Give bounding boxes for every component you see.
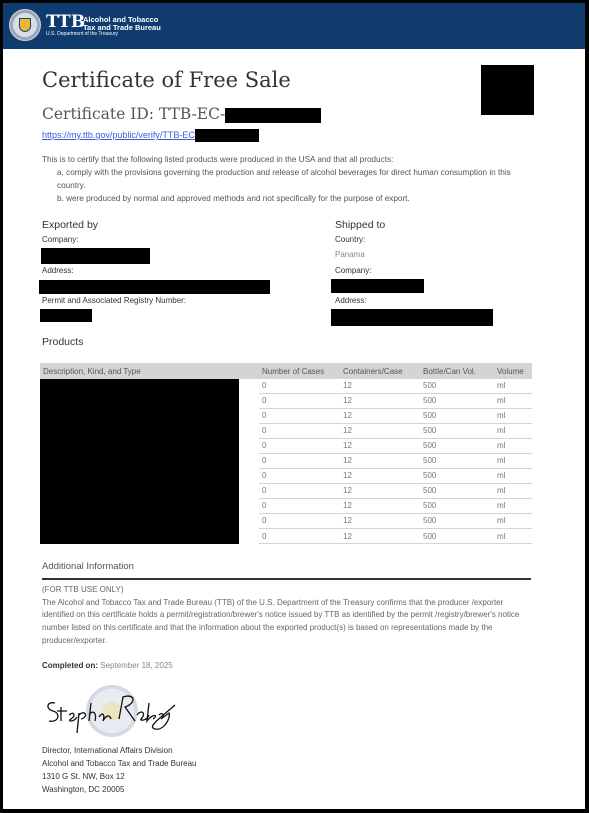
certification-lead: This is to certify that the following li…	[42, 153, 532, 166]
cell-volume-unit: ml	[494, 438, 532, 453]
agency-name: Alcohol and Tobacco Tax and Trade Bureau	[83, 16, 161, 32]
certificate-id: Certificate ID: TTB-EC-	[42, 105, 321, 123]
verify-url-text[interactable]: https://my.ttb.gov/public/verify/TTB-EC	[42, 130, 195, 140]
product-descriptions-redacted	[40, 379, 259, 544]
col-number-of-cases: Number of Cases	[259, 363, 340, 379]
certificate-id-label: Certificate ID: TTB-EC-	[42, 105, 225, 123]
shipped-to-heading: Shipped to	[335, 219, 385, 231]
cell-containers-per-case: 12	[340, 423, 420, 438]
permit-number-label: Permit and Associated Registry Number:	[42, 296, 186, 305]
col-containers-per-case: Containers/Case	[340, 363, 420, 379]
certification-item-a: a. comply with the provisions governing …	[42, 166, 532, 192]
cell-number-of-cases: 0	[259, 393, 340, 408]
verify-url-redacted	[195, 129, 259, 142]
col-volume-unit: Volume	[494, 363, 532, 379]
cell-volume-unit: ml	[494, 379, 532, 393]
signer-organization: Alcohol and Tobacco Tax and Trade Bureau	[42, 757, 196, 770]
certificate-page: TTB Alcohol and Tobacco Tax and Trade Bu…	[3, 3, 585, 809]
products-body: 012500ml012500ml012500ml012500ml012500ml…	[40, 379, 532, 544]
cell-bottle-vol: 500	[420, 453, 494, 468]
table-row: 012500ml	[40, 379, 532, 393]
cell-volume-unit: ml	[494, 408, 532, 423]
cell-volume-unit: ml	[494, 423, 532, 438]
cell-volume-unit: ml	[494, 498, 532, 513]
signer-title: Director, International Affairs Division	[42, 744, 196, 757]
cell-bottle-vol: 500	[420, 438, 494, 453]
exporter-address-redacted	[39, 280, 270, 294]
cell-containers-per-case: 12	[340, 498, 420, 513]
cell-containers-per-case: 12	[340, 408, 420, 423]
additional-info-divider	[42, 578, 531, 580]
cell-bottle-vol: 500	[420, 483, 494, 498]
verify-link[interactable]: https://my.ttb.gov/public/verify/TTB-EC	[42, 129, 259, 142]
certification-statement: This is to certify that the following li…	[42, 153, 532, 205]
consignee-company-label: Company:	[335, 266, 371, 275]
col-description: Description, Kind, and Type	[40, 363, 259, 379]
department-name: U.S. Department of the Treasury	[46, 31, 118, 37]
director-signature	[43, 689, 178, 737]
certificate-id-redacted	[225, 108, 321, 123]
cell-containers-per-case: 12	[340, 468, 420, 483]
additional-info-heading: Additional Information	[42, 561, 134, 572]
cell-bottle-vol: 500	[420, 423, 494, 438]
exporter-company-redacted	[41, 248, 150, 264]
destination-country-value: Panama	[335, 250, 365, 259]
cell-number-of-cases: 0	[259, 513, 340, 528]
agency-banner: TTB Alcohol and Tobacco Tax and Trade Bu…	[3, 3, 585, 49]
agency-abbrev: TTB	[46, 12, 85, 32]
destination-country-label: Country:	[335, 235, 365, 244]
signer-address-line2: Washington, DC 20005	[42, 783, 196, 796]
cell-containers-per-case: 12	[340, 393, 420, 408]
cell-number-of-cases: 0	[259, 408, 340, 423]
completed-on-date: September 18, 2025	[100, 661, 173, 670]
cell-number-of-cases: 0	[259, 498, 340, 513]
permit-number-redacted	[40, 309, 92, 322]
cell-number-of-cases: 0	[259, 528, 340, 543]
cell-volume-unit: ml	[494, 468, 532, 483]
certification-item-b: b. were produced by normal and approved …	[42, 192, 532, 205]
col-bottle-vol: Bottle/Can Vol.	[420, 363, 494, 379]
cell-bottle-vol: 500	[420, 468, 494, 483]
signer-address-line1: 1310 G St. NW, Box 12	[42, 770, 196, 783]
cell-volume-unit: ml	[494, 453, 532, 468]
cell-containers-per-case: 12	[340, 513, 420, 528]
cell-number-of-cases: 0	[259, 483, 340, 498]
consignee-address-label: Address:	[335, 296, 367, 305]
cell-number-of-cases: 0	[259, 468, 340, 483]
treasury-seal-icon	[9, 9, 41, 41]
cell-bottle-vol: 500	[420, 528, 494, 543]
cell-containers-per-case: 12	[340, 438, 420, 453]
cell-containers-per-case: 12	[340, 528, 420, 543]
exporter-address-label: Address:	[42, 266, 74, 275]
ttb-use-only-note: (FOR TTB USE ONLY)	[42, 584, 532, 597]
cell-containers-per-case: 12	[340, 453, 420, 468]
completed-on-label: Completed on:	[42, 661, 98, 670]
products-header-row: Description, Kind, and Type Number of Ca…	[40, 363, 532, 379]
cell-number-of-cases: 0	[259, 438, 340, 453]
consignee-company-redacted	[331, 279, 424, 293]
cell-volume-unit: ml	[494, 513, 532, 528]
page-title: Certificate of Free Sale	[42, 68, 291, 92]
exporter-company-label: Company:	[42, 235, 78, 244]
exported-by-heading: Exported by	[42, 219, 98, 231]
cell-bottle-vol: 500	[420, 379, 494, 393]
cell-volume-unit: ml	[494, 393, 532, 408]
completed-on: Completed on: September 18, 2025	[42, 661, 173, 670]
cell-number-of-cases: 0	[259, 379, 340, 393]
ttb-confirmation-text: The Alcohol and Tobacco Tax and Trade Bu…	[42, 597, 532, 648]
qr-code-redacted	[481, 65, 534, 115]
cell-number-of-cases: 0	[259, 453, 340, 468]
cell-volume-unit: ml	[494, 528, 532, 543]
signer-block: Director, International Affairs Division…	[42, 744, 196, 796]
products-table: Description, Kind, and Type Number of Ca…	[40, 363, 532, 544]
cell-volume-unit: ml	[494, 483, 532, 498]
products-heading: Products	[42, 336, 83, 348]
cell-containers-per-case: 12	[340, 483, 420, 498]
cell-bottle-vol: 500	[420, 513, 494, 528]
additional-info-body: (FOR TTB USE ONLY) The Alcohol and Tobac…	[42, 584, 532, 648]
cell-containers-per-case: 12	[340, 379, 420, 393]
cell-bottle-vol: 500	[420, 498, 494, 513]
cell-bottle-vol: 500	[420, 408, 494, 423]
cell-bottle-vol: 500	[420, 393, 494, 408]
consignee-address-redacted	[331, 309, 493, 326]
cell-number-of-cases: 0	[259, 423, 340, 438]
